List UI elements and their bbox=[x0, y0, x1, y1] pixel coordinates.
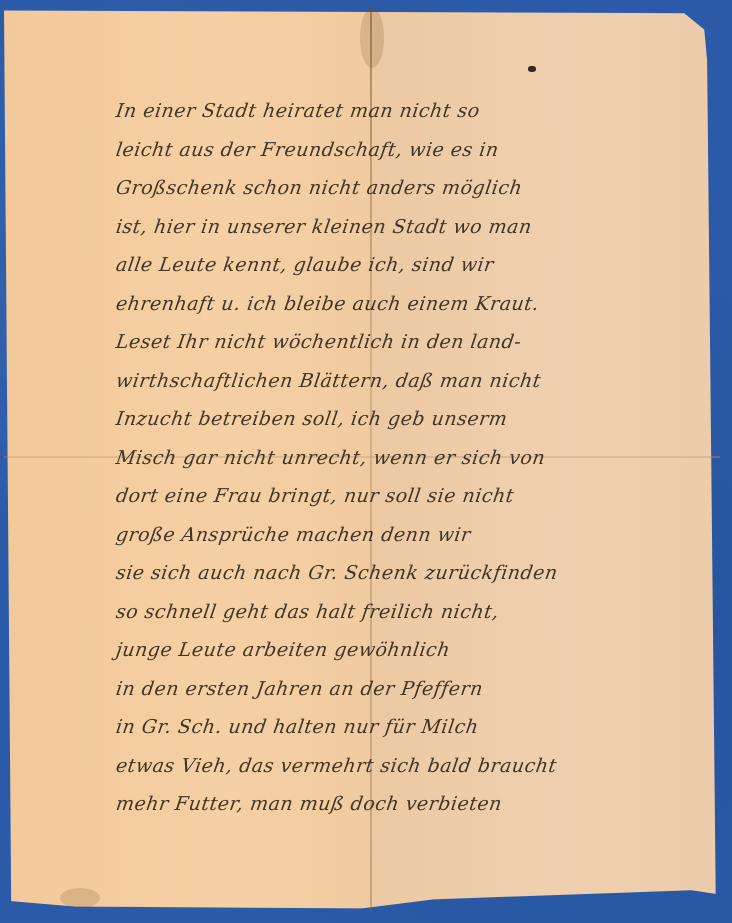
text-line: sie sich auch nach Gr. Schenk zurückfind… bbox=[113, 554, 718, 593]
handwritten-text-body: In einer Stadt heiratet man nicht so lei… bbox=[116, 92, 716, 824]
text-line: in den ersten Jahren an der Pfeffern bbox=[113, 670, 718, 709]
text-line: mehr Futter, man muß doch verbieten bbox=[113, 785, 718, 824]
text-line: Leset Ihr nicht wöchentlich in den land- bbox=[113, 323, 718, 362]
text-line: Inzucht betreiben soll, ich geb unserm bbox=[113, 400, 718, 439]
text-line: Misch gar nicht unrecht, wenn er sich vo… bbox=[113, 439, 718, 478]
text-line: In einer Stadt heiratet man nicht so bbox=[113, 92, 718, 131]
text-line: in Gr. Sch. und halten nur für Milch bbox=[113, 708, 718, 747]
text-line: so schnell geht das halt freilich nicht, bbox=[113, 593, 718, 632]
text-line: wirthschaftlichen Blättern, daß man nich… bbox=[113, 362, 718, 401]
text-line: ehrenhaft u. ich bleibe auch einem Kraut… bbox=[113, 285, 718, 324]
text-line: ist, hier in unserer kleinen Stadt wo ma… bbox=[113, 208, 718, 247]
text-line: etwas Vieh, das vermehrt sich bald brauc… bbox=[113, 747, 718, 786]
text-line: junge Leute arbeiten gewöhnlich bbox=[113, 631, 718, 670]
text-line: leicht aus der Freundschaft, wie es in bbox=[113, 131, 718, 170]
text-line: Großschenk schon nicht anders möglich bbox=[113, 169, 718, 208]
text-line: alle Leute kennt, glaube ich, sind wir bbox=[113, 246, 718, 285]
ink-blot bbox=[528, 66, 536, 72]
top-fold-stain bbox=[360, 8, 384, 68]
text-line: dort eine Frau bringt, nur soll sie nich… bbox=[113, 477, 718, 516]
bottom-left-stain bbox=[60, 888, 100, 908]
text-line: große Ansprüche machen denn wir bbox=[113, 516, 718, 555]
